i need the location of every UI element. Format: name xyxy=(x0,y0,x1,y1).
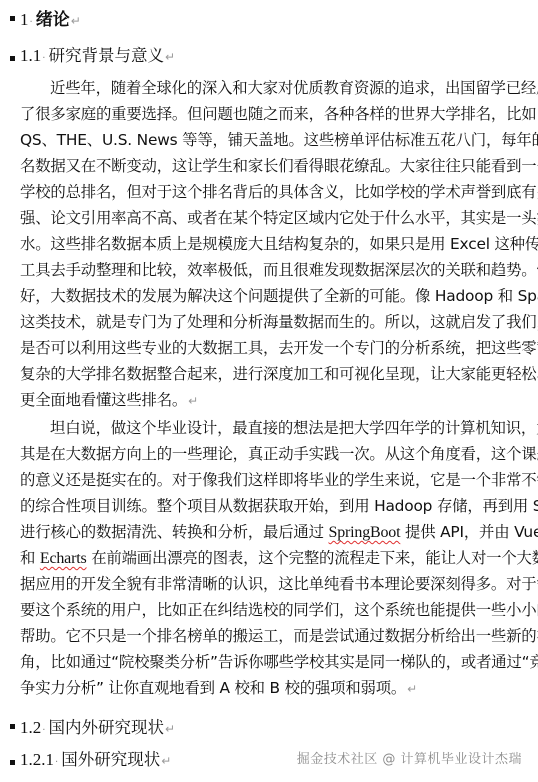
text-segment: 和 xyxy=(20,549,35,567)
text-line: 学校的总排名，但对于这个排名背后的具体含义，比如学校的学术声誉到底有多 xyxy=(20,179,508,205)
paragraph-mark-icon: ↵ xyxy=(165,722,175,736)
text-line: 是否可以利用这些专业的大数据工具，去开发一个专门的分析系统，把这些零散、 xyxy=(20,335,508,361)
heading-1-introduction: 1 · 绪论 ↵ xyxy=(10,5,81,30)
text-line: 强、论文引用率高不高、或者在某个特定区域内它处于什么水平，其实是一头雾 xyxy=(20,205,508,231)
text-line: 坦白说，做这个毕业设计，最直接的想法是把大学四年学的计算机知识，尤 xyxy=(50,415,508,441)
text-segment: 更全面地看懂这些排名。 xyxy=(20,391,187,409)
heading-number: 1.1 xyxy=(20,46,41,66)
text-line: 角，比如通过“院校聚类分析”告诉你哪些学校其实是同一梯队的，或者通过“竞 xyxy=(20,649,508,675)
spellcheck-flagged-word[interactable]: Echarts xyxy=(40,550,87,567)
heading-title: 绪论 xyxy=(36,5,70,30)
text-line: 和 Echarts 在前端画出漂亮的图表，这个完整的流程走下来，能让人对一个大数 xyxy=(20,545,508,571)
text-segment: 提供 API，并由 Vue xyxy=(405,523,538,541)
tab-marker: · xyxy=(55,757,58,768)
tab-marker: · xyxy=(30,17,33,28)
heading-marker-icon xyxy=(10,760,15,765)
paragraph-mark-icon: ↵ xyxy=(165,50,175,64)
text-line: 据应用的开发全貌有非常清晰的认识，这比单纯看书本理论要深刻得多。对于需 xyxy=(20,571,508,597)
watermark: 掘金技术社区 @ 计算机毕业设计杰瑞 xyxy=(297,748,522,767)
text-line: 帮助。它不只是一个排名榜单的搬运工，而是尝试通过数据分析给出一些新的视 xyxy=(20,623,508,649)
text-line: 这类技术，就是专门为了处理和分析海量数据而生的。所以，这就启发了我们， xyxy=(20,309,508,335)
text-line: 更全面地看懂这些排名。↵ xyxy=(20,387,508,413)
text-line: 进行核心的数据清洗、转换和分析，最后通过 SpringBoot 提供 API，并… xyxy=(20,519,508,545)
text-line: 了很多家庭的重要选择。但问题也随之而来，各种各样的世界大学排名，比如 xyxy=(20,101,508,127)
text-line: 水。这些排名数据本质上是规模庞大且结构复杂的，如果只是用 Excel 这种传统 xyxy=(20,231,508,257)
paragraph-mark-icon: ↵ xyxy=(407,682,417,696)
heading-1-2-1-foreign-research: 1.2.1 · 国外研究现状 ↵ xyxy=(10,746,171,770)
heading-title: 国内外研究现状 xyxy=(48,714,164,738)
heading-marker-icon xyxy=(10,724,15,729)
heading-1-1-background: 1.1 · 研究背景与意义 ↵ xyxy=(10,42,175,66)
text-segment: 在前端画出漂亮的图表，这个完整的流程走下来，能让人对一个大数 xyxy=(91,549,538,567)
spellcheck-flagged-word[interactable]: SpringBoot xyxy=(329,524,401,541)
heading-number: 1.2.1 xyxy=(20,750,54,770)
text-line: 其是在大数据方向上的一些理论，真正动手实践一次。从这个角度看，这个课题 xyxy=(20,441,508,467)
heading-number: 1 xyxy=(20,10,29,30)
heading-title: 研究背景与意义 xyxy=(48,42,164,66)
tab-marker: · xyxy=(42,53,45,64)
text-line: 的意义还是挺实在的。对于像我们这样即将毕业的学生来说，它是一个非常不错 xyxy=(20,467,508,493)
text-line: 争实力分析” 让你直观地看到 A 校和 B 校的强项和弱项。↵ xyxy=(20,675,508,701)
text-line: 工具去手动整理和比较，效率极低，而且很难发现数据深层次的关联和趋势。恰 xyxy=(20,257,508,283)
text-line: 近些年，随着全球化的深入和大家对优质教育资源的追求，出国留学已经成 xyxy=(50,75,508,101)
paragraph-mark-icon: ↵ xyxy=(71,14,81,28)
heading-number: 1.2 xyxy=(20,718,41,738)
tab-marker: · xyxy=(42,725,45,736)
paragraph-mark-icon: ↵ xyxy=(161,754,171,768)
heading-1-2-research-status: 1.2 · 国内外研究现状 ↵ xyxy=(10,714,175,738)
text-line: 的综合性项目训练。整个项目从数据获取开始，到用 Hadoop 存储，再到用 Sp… xyxy=(20,493,508,519)
text-segment: 争实力分析” 让你直观地看到 A 校和 B 校的强项和弱项。 xyxy=(20,679,406,697)
text-line: 复杂的大学排名数据整合起来，进行深度加工和可视化呈现，让大家能更轻松、 xyxy=(20,361,508,387)
text-line: 名数据又在不断变动，这让学生和家长们看得眼花缭乱。大家往往只能看到一个 xyxy=(20,153,508,179)
text-line: 要这个系统的用户，比如正在纠结选校的同学们，这个系统也能提供一些小小的 xyxy=(20,597,508,623)
text-segment: 进行核心的数据清洗、转换和分析，最后通过 xyxy=(20,523,324,541)
paragraph-mark-icon: ↵ xyxy=(188,394,198,408)
text-line: 好，大数据技术的发展为解决这个问题提供了全新的可能。像 Hadoop 和 Spa… xyxy=(20,283,508,309)
heading-marker-icon xyxy=(10,56,15,61)
heading-marker-icon xyxy=(10,16,15,21)
text-line: QS、THE、U.S. News 等等，铺天盖地。这些榜单评估标准五花八门，每年… xyxy=(20,127,508,153)
heading-title: 国外研究现状 xyxy=(61,746,160,770)
